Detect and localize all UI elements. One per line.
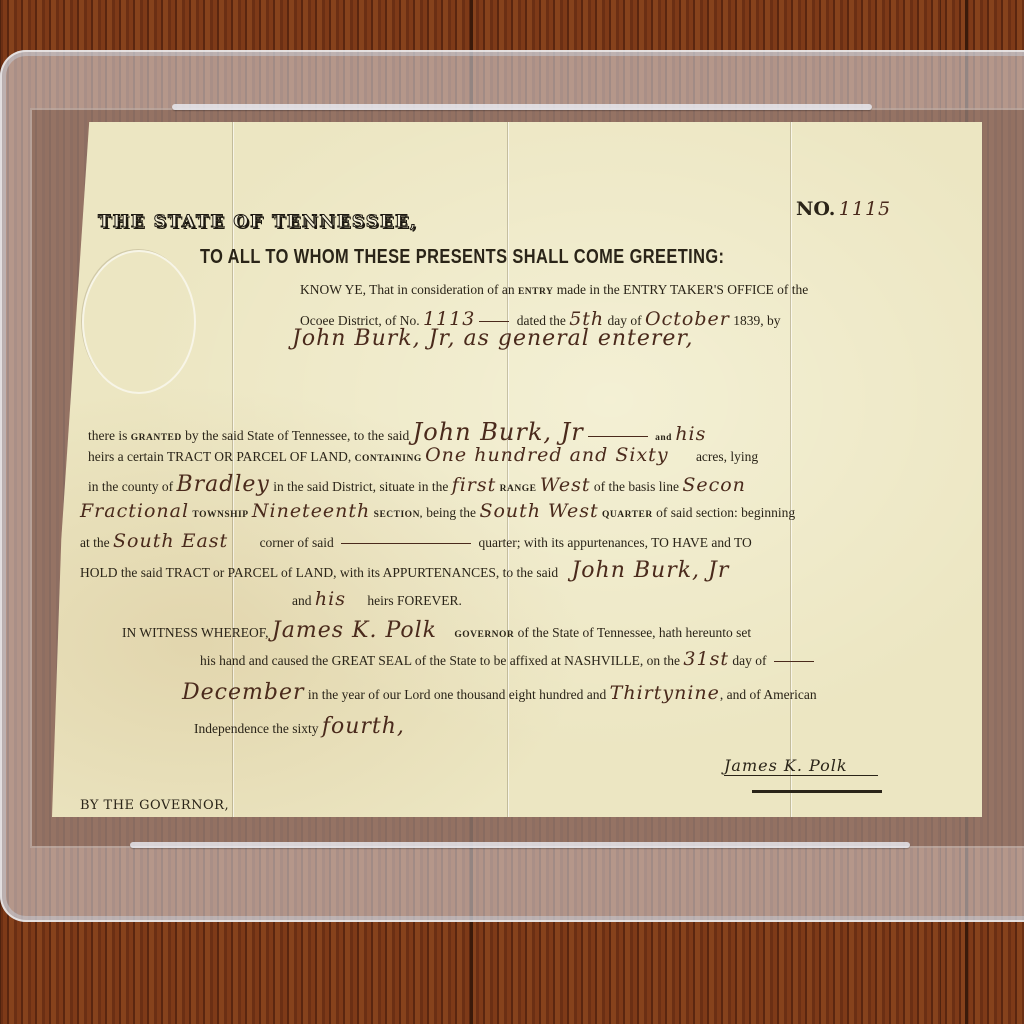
line-tract: heirs a certain TRACT OR PARCEL OF LAND,… (88, 444, 758, 466)
governor-name: James K. Polk (272, 618, 437, 643)
corner-name: South East (113, 530, 228, 552)
document-number: NO. 1115 (796, 198, 891, 220)
line-hold: HOLD the said TRACT or PARCEL of LAND, w… (80, 558, 729, 583)
section-name: Nineteenth (252, 500, 370, 522)
township-type: Fractional (80, 500, 189, 522)
slab-rail-top (172, 104, 872, 110)
signature-flourish (752, 790, 882, 793)
land-grant-document: THE STATE OF TENNESSEE, NO. 1115 TO ALL … (52, 122, 982, 817)
range-direction: West (540, 474, 591, 496)
fold-line (507, 122, 508, 817)
governor-signature: James K. Polk (724, 756, 878, 776)
state-title: THE STATE OF TENNESSEE, (98, 212, 418, 232)
acreage: One hundred and Sixty (425, 444, 668, 466)
grantee-name-2: John Burk, Jr (571, 558, 729, 583)
line-township: Fractional TOWNSHIP Nineteenth SECTION, … (80, 500, 795, 522)
seal-year: Thirtynine (610, 682, 720, 704)
county-name: Bradley (176, 472, 269, 497)
line-year: December in the year of our Lord one tho… (182, 680, 817, 705)
seal-day: 31st (683, 648, 729, 670)
slab-rail-bottom (130, 842, 910, 848)
fold-line (790, 122, 791, 817)
line-county: in the county of Bradley in the said Dis… (88, 472, 746, 497)
line-heirs: and his heirs FOREVER. (292, 588, 462, 610)
line-know-ye: KNOW YE, That in consideration of an ENT… (300, 282, 808, 298)
township-number: Secon (682, 474, 746, 496)
line-independence: Independence the sixty fourth, (194, 714, 405, 739)
line-corner: at the South East corner of said quarter… (80, 530, 752, 552)
range-number: first (452, 474, 497, 496)
line-seal: his hand and caused the GREAT SEAL of th… (200, 648, 818, 670)
grantee-pronoun: his (675, 423, 706, 445)
entry-year: 1839 (733, 313, 760, 328)
enterer-name: John Burk, Jr, as general enterer, (292, 326, 694, 351)
embossed-seal (82, 250, 196, 394)
greeting-heading: TO ALL TO WHOM THESE PRESENTS SHALL COME… (200, 246, 724, 269)
number-label: NO. (796, 198, 835, 220)
independence-year: fourth, (322, 714, 405, 739)
quarter-name: South West (479, 500, 598, 522)
by-the-governor: BY THE GOVERNOR, (80, 798, 229, 813)
line-witness: IN WITNESS WHEREOF, James K. Polk GOVERN… (122, 618, 751, 643)
grantee-name: John Burk, Jr (413, 418, 584, 446)
seal-month: December (182, 680, 304, 705)
line-granted: there is GRANTED by the said State of Te… (88, 418, 706, 446)
grantee-pronoun-2: his (315, 588, 346, 610)
number-value: 1115 (839, 198, 891, 220)
